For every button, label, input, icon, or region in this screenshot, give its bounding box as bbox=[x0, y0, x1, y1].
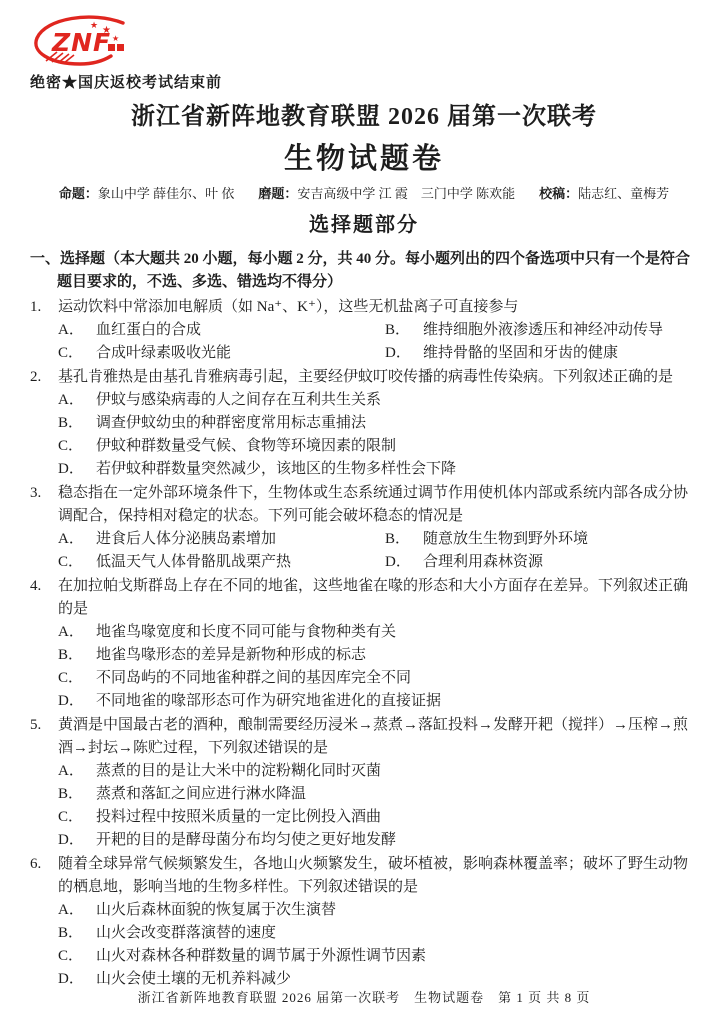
option-label: B． bbox=[58, 644, 96, 667]
question-options: A．地雀鸟喙宽度和长度不同可能与食物种类有关B．地雀鸟喙形态的差异是新物种形成的… bbox=[58, 621, 698, 713]
question-stem-row: 5.黄酒是中国最古老的酒种，酿制需要经历浸米→蒸煮→落缸投料→发酵开耙（搅拌）→… bbox=[30, 714, 698, 760]
option-label: B． bbox=[385, 319, 423, 342]
question-stem-row: 2.基孔肯雅热是由基孔肯雅病毒引起，主要经伊蚊叮咬传播的病毒性传染病。下列叙述正… bbox=[30, 366, 698, 389]
option-label: D． bbox=[58, 690, 96, 713]
option-text: 调查伊蚊幼虫的种群密度常用标志重捕法 bbox=[96, 412, 698, 435]
option: C．合成叶绿素吸收光能 bbox=[58, 342, 385, 365]
option-label: C． bbox=[58, 945, 96, 968]
option: D．维持骨骼的坚固和牙齿的健康 bbox=[385, 342, 698, 365]
svg-text:★: ★ bbox=[112, 34, 119, 43]
question: 3.稳态指在一定外部环境条件下，生物体或生态系统通过调节作用使机体内部或系统内部… bbox=[30, 482, 698, 574]
option-label: B． bbox=[58, 783, 96, 806]
question-options: A．血红蛋白的合成B．维持细胞外液渗透压和神经冲动传导C．合成叶绿素吸收光能D．… bbox=[58, 319, 698, 365]
option-text: 进食后人体分泌胰岛素增加 bbox=[96, 528, 385, 551]
credit-item: 校稿：陆志红、童梅芳 bbox=[539, 185, 669, 203]
option: B．山火会改变群落演替的速度 bbox=[58, 922, 698, 945]
svg-text:★: ★ bbox=[90, 21, 98, 31]
option-text: 若伊蚊种群数量突然减少，该地区的生物多样性会下降 bbox=[96, 458, 698, 481]
option-label: A． bbox=[58, 760, 96, 783]
option: B．随意放生生物到野外环境 bbox=[385, 528, 698, 551]
option-label: D． bbox=[58, 458, 96, 481]
credit-label: 命题： bbox=[59, 186, 98, 201]
option-text: 开耙的目的是酵母菌分布均匀使之更好地发酵 bbox=[96, 829, 698, 852]
option-text: 蒸煮和落缸之间应进行淋水降温 bbox=[96, 783, 698, 806]
option: A．进食后人体分泌胰岛素增加 bbox=[58, 528, 385, 551]
option: C．伊蚊种群数量受气候、食物等环境因素的限制 bbox=[58, 435, 698, 458]
exam-page: ZNF ★ ★ ★ 绝密★国庆返校考试结束前 浙江省新阵地教育联盟 2026 届… bbox=[0, 0, 728, 1024]
section-title: 选择题部分 bbox=[30, 212, 698, 239]
credit-value: 象山中学 薛佳尔、叶 依 bbox=[98, 186, 235, 201]
instructions-head: 一、选择题 bbox=[30, 251, 105, 267]
option: A．山火后森林面貌的恢复属于次生演替 bbox=[58, 899, 698, 922]
option-text: 投料过程中按照米质量的一定比例投入酒曲 bbox=[96, 806, 698, 829]
question-stem: 基孔肯雅热是由基孔肯雅病毒引起，主要经伊蚊叮咬传播的病毒性传染病。下列叙述正确的… bbox=[58, 366, 698, 389]
instructions-body: （本大题共 20 小题，每小题 2 分，共 40 分。每小题列出的四个备选项中只… bbox=[57, 251, 690, 290]
question-options: A．蒸煮的目的是让大米中的淀粉糊化同时灭菌B．蒸煮和落缸之间应进行淋水降温C．投… bbox=[58, 760, 698, 852]
paper-title: 生物试题卷 bbox=[30, 140, 698, 178]
option-text: 地雀鸟喙宽度和长度不同可能与食物种类有关 bbox=[96, 621, 698, 644]
option-label: B． bbox=[58, 922, 96, 945]
question: 5.黄酒是中国最古老的酒种，酿制需要经历浸米→蒸煮→落缸投料→发酵开耙（搅拌）→… bbox=[30, 714, 698, 852]
option: D．不同地雀的喙部形态可作为研究地雀进化的直接证据 bbox=[58, 690, 698, 713]
option-label: C． bbox=[58, 551, 96, 574]
question-stem: 运动饮料中常添加电解质（如 Na⁺、K⁺），这些无机盐离子可直接参与 bbox=[58, 296, 698, 319]
question-stem-row: 6.随着全球异常气候频繁发生，各地山火频繁发生，破坏植被，影响森林覆盖率；破坏了… bbox=[30, 853, 698, 899]
option: C．投料过程中按照米质量的一定比例投入酒曲 bbox=[58, 806, 698, 829]
credit-item: 命题：象山中学 薛佳尔、叶 依 bbox=[59, 185, 235, 203]
question-options: A．进食后人体分泌胰岛素增加B．随意放生生物到野外环境C．低温天气人体骨骼肌战栗… bbox=[58, 528, 698, 574]
question-stem: 随着全球异常气候频繁发生，各地山火频繁发生，破坏植被，影响森林覆盖率；破坏了野生… bbox=[58, 853, 698, 899]
question-stem: 黄酒是中国最古老的酒种，酿制需要经历浸米→蒸煮→落缸投料→发酵开耙（搅拌）→压榨… bbox=[58, 714, 698, 760]
question-number: 6. bbox=[30, 853, 58, 899]
option-text: 地雀鸟喙形态的差异是新物种形成的标志 bbox=[96, 644, 698, 667]
question-stem-row: 3.稳态指在一定外部环境条件下，生物体或生态系统通过调节作用使机体内部或系统内部… bbox=[30, 482, 698, 528]
question-number: 3. bbox=[30, 482, 58, 528]
option-label: B． bbox=[58, 412, 96, 435]
question-options: A．伊蚊与感染病毒的人之间存在互利共生关系B．调查伊蚊幼虫的种群密度常用标志重捕… bbox=[58, 389, 698, 481]
question-number: 2. bbox=[30, 366, 58, 389]
option-label: D． bbox=[385, 342, 423, 365]
option: A．伊蚊与感染病毒的人之间存在互利共生关系 bbox=[58, 389, 698, 412]
option: D．若伊蚊种群数量突然减少，该地区的生物多样性会下降 bbox=[58, 458, 698, 481]
option-label: A． bbox=[58, 389, 96, 412]
option: A．蒸煮的目的是让大米中的淀粉糊化同时灭菌 bbox=[58, 760, 698, 783]
question-stem-row: 1.运动饮料中常添加电解质（如 Na⁺、K⁺），这些无机盐离子可直接参与 bbox=[30, 296, 698, 319]
option-label: A． bbox=[58, 621, 96, 644]
question-number: 1. bbox=[30, 296, 58, 319]
option-text: 伊蚊种群数量受气候、食物等环境因素的限制 bbox=[96, 435, 698, 458]
question-options: A．山火后森林面貌的恢复属于次生演替B．山火会改变群落演替的速度C．山火对森林各… bbox=[58, 899, 698, 991]
option: D．开耙的目的是酵母菌分布均匀使之更好地发酵 bbox=[58, 829, 698, 852]
option-text: 不同地雀的喙部形态可作为研究地雀进化的直接证据 bbox=[96, 690, 698, 713]
question: 6.随着全球异常气候频繁发生，各地山火频繁发生，破坏植被，影响森林覆盖率；破坏了… bbox=[30, 853, 698, 991]
option-text: 维持细胞外液渗透压和神经冲动传导 bbox=[423, 319, 698, 342]
option-text: 随意放生生物到野外环境 bbox=[423, 528, 698, 551]
option-text: 山火会改变群落演替的速度 bbox=[96, 922, 698, 945]
question: 2.基孔肯雅热是由基孔肯雅病毒引起，主要经伊蚊叮咬传播的病毒性传染病。下列叙述正… bbox=[30, 366, 698, 481]
option: B．地雀鸟喙形态的差异是新物种形成的标志 bbox=[58, 644, 698, 667]
option: C．不同岛屿的不同地雀种群之间的基因库完全不同 bbox=[58, 667, 698, 690]
question-stem-row: 4.在加拉帕戈斯群岛上存在不同的地雀，这些地雀在喙的形态和大小方面存在差异。下列… bbox=[30, 575, 698, 621]
option-label: C． bbox=[58, 342, 96, 365]
option-text: 山火后森林面貌的恢复属于次生演替 bbox=[96, 899, 698, 922]
option-label: C． bbox=[58, 435, 96, 458]
question-number: 4. bbox=[30, 575, 58, 621]
option-text: 蒸煮的目的是让大米中的淀粉糊化同时灭菌 bbox=[96, 760, 698, 783]
credit-value: 安吉高级中学 江 霞 三门中学 陈欢能 bbox=[297, 186, 515, 201]
svg-text:★: ★ bbox=[102, 25, 111, 36]
option-label: C． bbox=[58, 667, 96, 690]
credit-value: 陆志红、童梅芳 bbox=[578, 186, 669, 201]
credits-line: 命题：象山中学 薛佳尔、叶 依 磨题：安吉高级中学 江 霞 三门中学 陈欢能 校… bbox=[30, 185, 698, 203]
question-stem: 稳态指在一定外部环境条件下，生物体或生态系统通过调节作用使机体内部或系统内部各成… bbox=[58, 482, 698, 528]
option-text: 伊蚊与感染病毒的人之间存在互利共生关系 bbox=[96, 389, 698, 412]
option-text: 血红蛋白的合成 bbox=[96, 319, 385, 342]
option-label: A． bbox=[58, 899, 96, 922]
option-text: 维持骨骼的坚固和牙齿的健康 bbox=[423, 342, 698, 365]
option: C．山火对森林各种群数量的调节属于外源性调节因素 bbox=[58, 945, 698, 968]
question-number: 5. bbox=[30, 714, 58, 760]
znf-logo: ZNF ★ ★ ★ bbox=[30, 14, 140, 68]
option-label: A． bbox=[58, 319, 96, 342]
option-text: 合成叶绿素吸收光能 bbox=[96, 342, 385, 365]
question: 4.在加拉帕戈斯群岛上存在不同的地雀，这些地雀在喙的形态和大小方面存在差异。下列… bbox=[30, 575, 698, 713]
option: C．低温天气人体骨骼肌战栗产热 bbox=[58, 551, 385, 574]
credit-label: 校稿： bbox=[539, 186, 578, 201]
instructions: 一、选择题（本大题共 20 小题，每小题 2 分，共 40 分。每小题列出的四个… bbox=[30, 248, 698, 294]
option-text: 山火对森林各种群数量的调节属于外源性调节因素 bbox=[96, 945, 698, 968]
question: 1.运动饮料中常添加电解质（如 Na⁺、K⁺），这些无机盐离子可直接参与A．血红… bbox=[30, 296, 698, 365]
secrecy-line: 绝密★国庆返校考试结束前 bbox=[30, 71, 698, 92]
option-label: B． bbox=[385, 528, 423, 551]
option-text: 不同岛屿的不同地雀种群之间的基因库完全不同 bbox=[96, 667, 698, 690]
option-text: 合理利用森林资源 bbox=[423, 551, 698, 574]
option-label: C． bbox=[58, 806, 96, 829]
znf-logo-graphic: ZNF ★ ★ ★ bbox=[30, 14, 140, 68]
option: D．合理利用森林资源 bbox=[385, 551, 698, 574]
credit-item: 磨题：安吉高级中学 江 霞 三门中学 陈欢能 bbox=[258, 185, 515, 203]
option: B．调查伊蚊幼虫的种群密度常用标志重捕法 bbox=[58, 412, 698, 435]
question-list: 1.运动饮料中常添加电解质（如 Na⁺、K⁺），这些无机盐离子可直接参与A．血红… bbox=[30, 296, 698, 991]
option: B．蒸煮和落缸之间应进行淋水降温 bbox=[58, 783, 698, 806]
logo-seal-marks bbox=[108, 44, 124, 51]
option-text: 低温天气人体骨骼肌战栗产热 bbox=[96, 551, 385, 574]
option: B．维持细胞外液渗透压和神经冲动传导 bbox=[385, 319, 698, 342]
credit-label: 磨题： bbox=[258, 186, 297, 201]
page-footer: 浙江省新阵地教育联盟 2026 届第一次联考 生物试题卷 第 1 页 共 8 页 bbox=[0, 987, 728, 1006]
option-label: D． bbox=[385, 551, 423, 574]
option-label: D． bbox=[58, 829, 96, 852]
option: A．地雀鸟喙宽度和长度不同可能与食物种类有关 bbox=[58, 621, 698, 644]
question-stem: 在加拉帕戈斯群岛上存在不同的地雀，这些地雀在喙的形态和大小方面存在差异。下列叙述… bbox=[58, 575, 698, 621]
exam-title: 浙江省新阵地教育联盟 2026 届第一次联考 bbox=[30, 101, 698, 133]
option-label: A． bbox=[58, 528, 96, 551]
option: A．血红蛋白的合成 bbox=[58, 319, 385, 342]
